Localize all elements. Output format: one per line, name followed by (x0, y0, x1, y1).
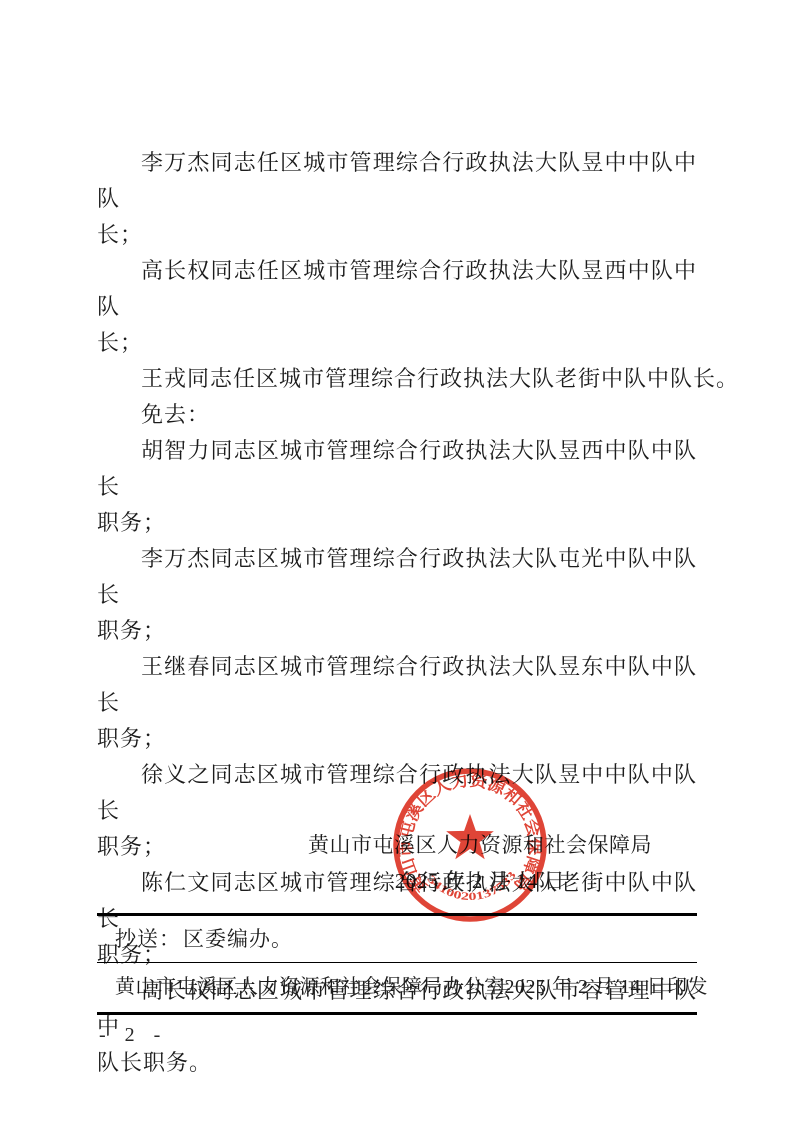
page-number: - 2 - (97, 1024, 697, 1047)
body-line: 职务； (97, 505, 697, 541)
body-line: 高长权同志任区城市管理综合行政执法大队昱西中队中队 (97, 253, 697, 325)
signature-block: 黄山市屯溪区人力资源和社会保障局 2025 年 2 月 14 日 (308, 827, 652, 899)
body-line: 王戎同志任区城市管理综合行政执法大队老街中队中队长。 (97, 361, 697, 397)
printing-office: 黄山市屯溪区人力资源和社会保障局办公室 (115, 963, 505, 1012)
cc-row: 抄送：区委编办。 (97, 916, 697, 962)
body-line: 王继春同志区城市管理综合行政执法大队昱东中队中队长 (97, 649, 697, 721)
body-line: 队长职务。 (97, 1045, 697, 1081)
cc-value: 区委编办。 (183, 927, 293, 951)
body-line: 职务； (97, 613, 697, 649)
document-footer: 抄送：区委编办。 黄山市屯溪区人力资源和社会保障局办公室 2025 年 2 月 … (97, 913, 697, 1047)
print-info-row: 黄山市屯溪区人力资源和社会保障局办公室 2025 年 2 月 14 日印发 (97, 963, 697, 1012)
issuing-authority: 黄山市屯溪区人力资源和社会保障局 (308, 827, 652, 863)
body-line: 职务； (97, 721, 697, 757)
body-line: 李万杰同志任区城市管理综合行政执法大队昱中中队中队 (97, 145, 697, 217)
document-page: 李万杰同志任区城市管理综合行政执法大队昱中中队中队 长； 高长权同志任区城市管理… (0, 0, 793, 1122)
body-line: 胡智力同志区城市管理综合行政执法大队昱西中队中队长 (97, 433, 697, 505)
body-line: 徐义之同志区城市管理综合行政执法大队昱中中队中队长 (97, 757, 697, 829)
cc-label: 抄送： (115, 927, 181, 951)
print-date: 2025 年 2 月 14 日印发 (505, 963, 709, 1012)
body-line: 李万杰同志区城市管理综合行政执法大队屯光中队中队长 (97, 541, 697, 613)
body-line: 长； (97, 217, 697, 253)
footer-divider-bottom (97, 1012, 697, 1015)
body-line: 免去： (97, 397, 697, 433)
issue-date: 2025 年 2 月 14 日 (308, 863, 652, 899)
body-line: 长； (97, 325, 697, 361)
